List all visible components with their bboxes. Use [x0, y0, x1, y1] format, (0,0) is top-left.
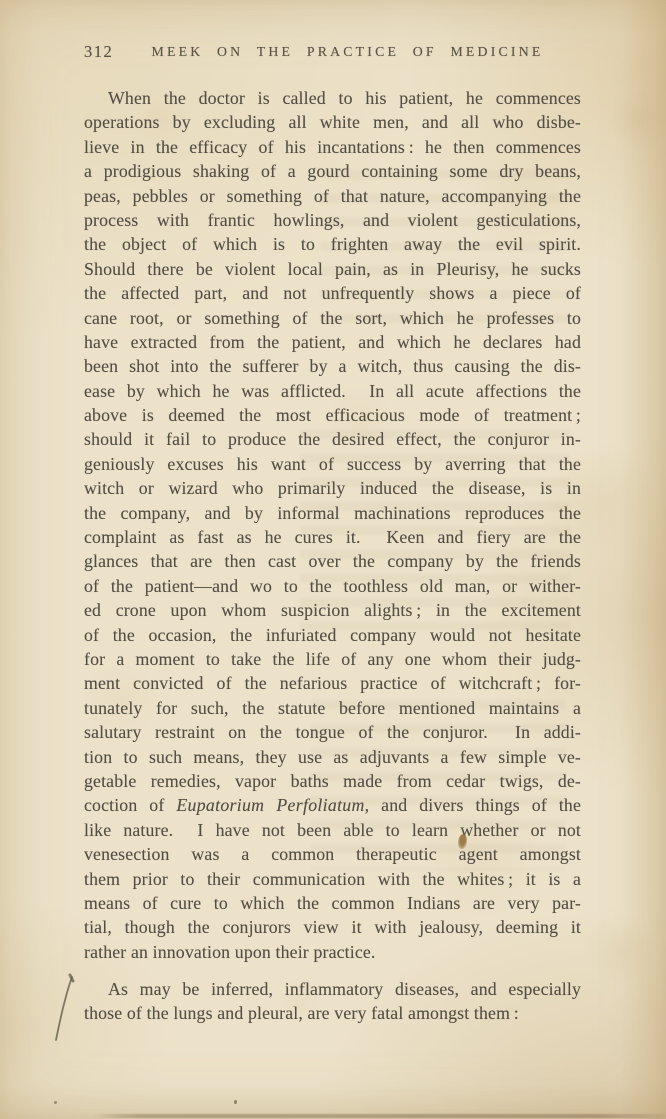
text-line: those of the lungs and pleural, are very… — [84, 1001, 581, 1025]
text-run: , and divers things of the — [365, 795, 581, 815]
text-run: rather an innovation upon their practice… — [84, 942, 376, 962]
text-line: a prodigious shaking of a gourd containi… — [84, 159, 581, 183]
text-run: salutary restraint on the tongue of the … — [84, 722, 581, 742]
text-run: tunately for such, the statute before me… — [84, 698, 581, 718]
text-block: When the doctor is called to his patient… — [84, 86, 581, 1026]
text-run: witch or wizard who primarily induced th… — [84, 478, 581, 498]
text-line: of the occasion, the infuriated company … — [84, 623, 581, 647]
text-line: coction of Eupatorium Perfoliatum, and d… — [84, 793, 581, 817]
text-line: means of cure to which the common Indian… — [84, 891, 581, 915]
text-line: glances that are then cast over the comp… — [84, 549, 581, 573]
text-line: tunately for such, the statute before me… — [84, 696, 581, 720]
text-line: peas, pebbles or something of that natur… — [84, 184, 581, 208]
text-run: been shot into the sufferer by a witch, … — [84, 356, 581, 376]
text-line: complaint as fast as he cures it. Keen a… — [84, 525, 581, 549]
text-run: the affected part, and not unfrequently … — [84, 283, 581, 303]
text-run: should it fail to produce the desired ef… — [84, 429, 581, 449]
text-run: ease by which he was afflicted. In all a… — [84, 381, 581, 401]
text-line: witch or wizard who primarily induced th… — [84, 476, 581, 500]
text-run: getable remedies, vapor baths made from … — [84, 771, 581, 791]
paragraph: As may be inferred, inflammatory disease… — [84, 977, 581, 1026]
text-run: them prior to their communication with t… — [84, 869, 581, 889]
italic-text: Eupatorium Perfoliatum — [176, 795, 364, 815]
text-line: Should there be violent local pain, as i… — [84, 257, 581, 281]
scanned-book-page: 312 MEEK ON THE PRACTICE OF MEDICINE Whe… — [0, 0, 666, 1119]
text-line: the affected part, and not unfrequently … — [84, 281, 581, 305]
text-line: ment convicted of the nefarious practice… — [84, 671, 581, 695]
text-run: have extracted from the patient, and whi… — [84, 332, 581, 352]
text-line: lieve in the efficacy of his incantation… — [84, 135, 581, 159]
paper-speck — [54, 1101, 57, 1104]
text-line: like nature. I have not been able to lea… — [84, 818, 581, 842]
running-title: MEEK ON THE PRACTICE OF MEDICINE — [122, 44, 573, 60]
text-run: coction of — [84, 795, 176, 815]
text-line: the object of which is to frighten away … — [84, 232, 581, 256]
text-run: a prodigious shaking of a gourd containi… — [84, 161, 581, 181]
text-line: for a moment to take the life of any one… — [84, 647, 581, 671]
text-line: should it fail to produce the desired ef… — [84, 427, 581, 451]
text-run: operations by excluding all white men, a… — [84, 112, 581, 132]
text-line: them prior to their communication with t… — [84, 867, 581, 891]
text-line: operations by excluding all white men, a… — [84, 110, 581, 134]
text-line: of the patient—and wo to the toothless o… — [84, 574, 581, 598]
text-line: geniously excuses his want of success by… — [84, 452, 581, 476]
text-line: venesection was a common therapeutic age… — [84, 842, 581, 866]
text-run: geniously excuses his want of success by… — [84, 454, 581, 474]
text-run: of the occasion, the infuriated company … — [84, 625, 581, 645]
text-line: tial, though the conjurors view it with … — [84, 915, 581, 939]
text-run: tion to such means, they use as adjuvant… — [84, 747, 581, 767]
text-run: like nature. I have not been able to lea… — [84, 820, 581, 840]
text-run: ed crone upon whom suspicion alights ; i… — [84, 600, 581, 620]
text-run: glances that are then cast over the comp… — [84, 551, 581, 571]
text-line: tion to such means, they use as adjuvant… — [84, 745, 581, 769]
text-line: As may be inferred, inflammatory disease… — [84, 977, 581, 1001]
text-line: have extracted from the patient, and whi… — [84, 330, 581, 354]
text-line: above is deemed the most efficacious mod… — [84, 403, 581, 427]
paper-speck — [234, 1100, 237, 1104]
pen-mark — [46, 972, 80, 1048]
text-line: process with frantic howlings, and viole… — [84, 208, 581, 232]
text-run: When the doctor is called to his patient… — [108, 88, 581, 108]
text-run: As may be inferred, inflammatory disease… — [108, 979, 581, 999]
text-run: tial, though the conjurors view it with … — [84, 917, 581, 937]
text-line: been shot into the sufferer by a witch, … — [84, 354, 581, 378]
text-run: cane root, or something of the sort, whi… — [84, 308, 581, 328]
text-run: ment convicted of the nefarious practice… — [84, 673, 581, 693]
text-run: the company, and by informal machination… — [84, 503, 581, 523]
text-line: getable remedies, vapor baths made from … — [84, 769, 581, 793]
text-run: lieve in the efficacy of his incantation… — [84, 137, 581, 157]
text-run: those of the lungs and pleural, are very… — [84, 1003, 519, 1023]
text-run: process with frantic howlings, and viole… — [84, 210, 581, 230]
text-line: rather an innovation upon their practice… — [84, 940, 581, 964]
text-run: Should there be violent local pain, as i… — [84, 259, 581, 279]
text-line: cane root, or something of the sort, whi… — [84, 306, 581, 330]
text-run: peas, pebbles or something of that natur… — [84, 186, 581, 206]
text-run: complaint as fast as he cures it. Keen a… — [84, 527, 581, 547]
text-line: the company, and by informal machination… — [84, 501, 581, 525]
text-run: of the patient—and wo to the toothless o… — [84, 576, 581, 596]
text-line: ease by which he was afflicted. In all a… — [84, 379, 581, 403]
page-number: 312 — [84, 42, 113, 62]
text-line: ed crone upon whom suspicion alights ; i… — [84, 598, 581, 622]
text-run: for a moment to take the life of any one… — [84, 649, 581, 669]
paragraph: When the doctor is called to his patient… — [84, 86, 581, 964]
page-header: 312 MEEK ON THE PRACTICE OF MEDICINE — [84, 42, 581, 64]
text-run: above is deemed the most efficacious mod… — [84, 405, 581, 425]
text-run: the object of which is to frighten away … — [84, 234, 581, 254]
text-line: salutary restraint on the tongue of the … — [84, 720, 581, 744]
text-run: venesection was a common therapeutic age… — [84, 844, 581, 864]
text-line: When the doctor is called to his patient… — [84, 86, 581, 110]
text-run: means of cure to which the common Indian… — [84, 893, 581, 913]
page-bottom-shadow — [92, 1114, 666, 1118]
